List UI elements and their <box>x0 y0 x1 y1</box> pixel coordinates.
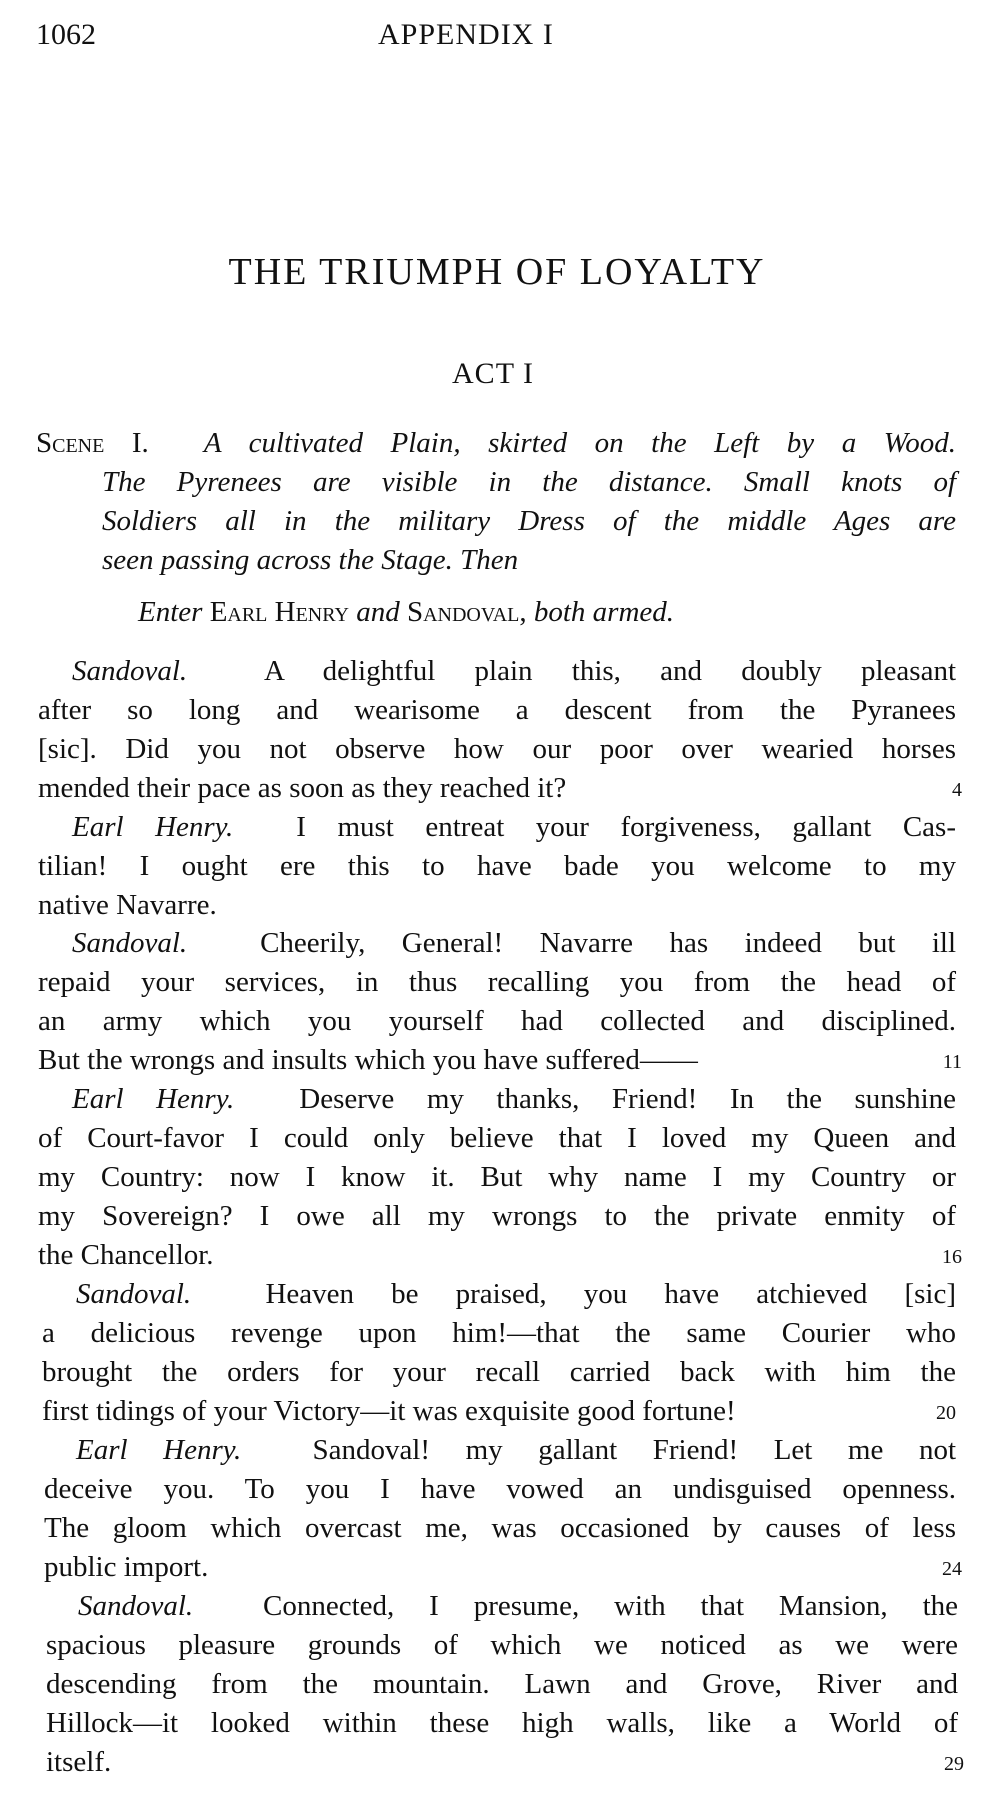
speaker-name: Sandoval. <box>72 655 187 687</box>
stage-direction-line: The Pyrenees are visible in the distance… <box>102 462 956 502</box>
speech-line: public import. 24 <box>44 1547 956 1587</box>
speech-line: Sandoval. A delightful plain this, and d… <box>72 651 956 691</box>
speech-line: of Court-favor I could only believe that… <box>38 1118 956 1158</box>
speech-line: The gloom which overcast me, was occasio… <box>44 1508 956 1548</box>
page-number: 1062 <box>36 18 96 52</box>
character-sandoval: Sandoval, <box>407 596 527 628</box>
speaker-name: Earl Henry. <box>72 1083 234 1115</box>
line-number: 4 <box>952 770 962 810</box>
line-number: 16 <box>942 1237 962 1277</box>
speech-line: my Sovereign? I owe all my wrongs to the… <box>38 1196 956 1236</box>
speech-line: spacious pleasure grounds of which we no… <box>46 1625 958 1665</box>
character-earl-henry: Earl Henry <box>210 596 349 628</box>
act-title: ACT I <box>0 357 986 391</box>
line-number: 24 <box>942 1549 962 1589</box>
line-number: 20 <box>936 1393 956 1433</box>
speech-line: the Chancellor. 16 <box>38 1235 956 1275</box>
speech-line: repaid your services, in thus recalling … <box>38 962 956 1002</box>
speech-line: a delicious revenge upon him!—that the s… <box>42 1313 956 1353</box>
speech-line: But the wrongs and insults which you hav… <box>38 1040 956 1080</box>
speech-line: Earl Henry. Deserve my thanks, Friend! I… <box>72 1079 956 1119</box>
speech-line: [sic]. Did you not observe how our poor … <box>38 729 956 769</box>
speech-line: first tidings of your Victory—it was exq… <box>42 1391 922 1431</box>
speech-line: Sandoval. Connected, I presume, with tha… <box>78 1586 958 1626</box>
speech-line: an army which you yourself had collected… <box>38 1001 956 1041</box>
speech-line: Earl Henry. I must entreat your forgiven… <box>72 807 956 847</box>
speech-line: Sandoval. Heaven be praised, you have at… <box>76 1274 956 1314</box>
stage-direction-line: seen passing across the Stage. Then <box>102 540 956 580</box>
speech-line: deceive you. To you I have vowed an undi… <box>44 1469 956 1509</box>
speech-line: Sandoval. Cheerily, General! Navarre has… <box>72 923 956 963</box>
speech-line: Earl Henry. Sandoval! my gallant Friend!… <box>76 1430 956 1470</box>
play-title: THE TRIUMPH OF LOYALTY <box>0 250 994 294</box>
speech-line: brought the orders for your recall carri… <box>42 1352 956 1392</box>
stage-direction-line: Soldiers all in the military Dress of th… <box>102 501 956 541</box>
speech-line: my Country: now I know it. But why name … <box>38 1157 956 1197</box>
entrance-direction: Enter Earl Henry and Sandoval, both arme… <box>138 592 938 632</box>
speaker-name: Sandoval. <box>78 1590 193 1622</box>
line-number: 11 <box>943 1042 962 1082</box>
speech-line: mended their pace as soon as they reache… <box>38 768 956 808</box>
stage-direction-line: Scene I. A cultivated Plain, skirted on … <box>36 423 956 463</box>
speaker-name: Earl Henry. <box>76 1434 241 1466</box>
speech-line: after so long and wearisome a descent fr… <box>38 690 956 730</box>
speech-line: Hillock—it looked within these high wall… <box>46 1703 958 1743</box>
speech-line: itself. 29 <box>46 1742 958 1782</box>
line-number: 29 <box>944 1744 964 1784</box>
speech-line: tilian! I ought ere this to have bade yo… <box>38 846 956 886</box>
speaker-name: Sandoval. <box>76 1278 191 1310</box>
running-title: APPENDIX I <box>378 18 554 52</box>
scene-label: Scene I. <box>36 427 149 459</box>
speech-line: native Navarre. <box>38 885 956 925</box>
running-head: 1062 APPENDIX I <box>0 18 1000 58</box>
speaker-name: Sandoval. <box>72 927 187 959</box>
speaker-name: Earl Henry. <box>72 811 233 843</box>
speech-line: descending from the mountain. Lawn and G… <box>46 1664 958 1704</box>
